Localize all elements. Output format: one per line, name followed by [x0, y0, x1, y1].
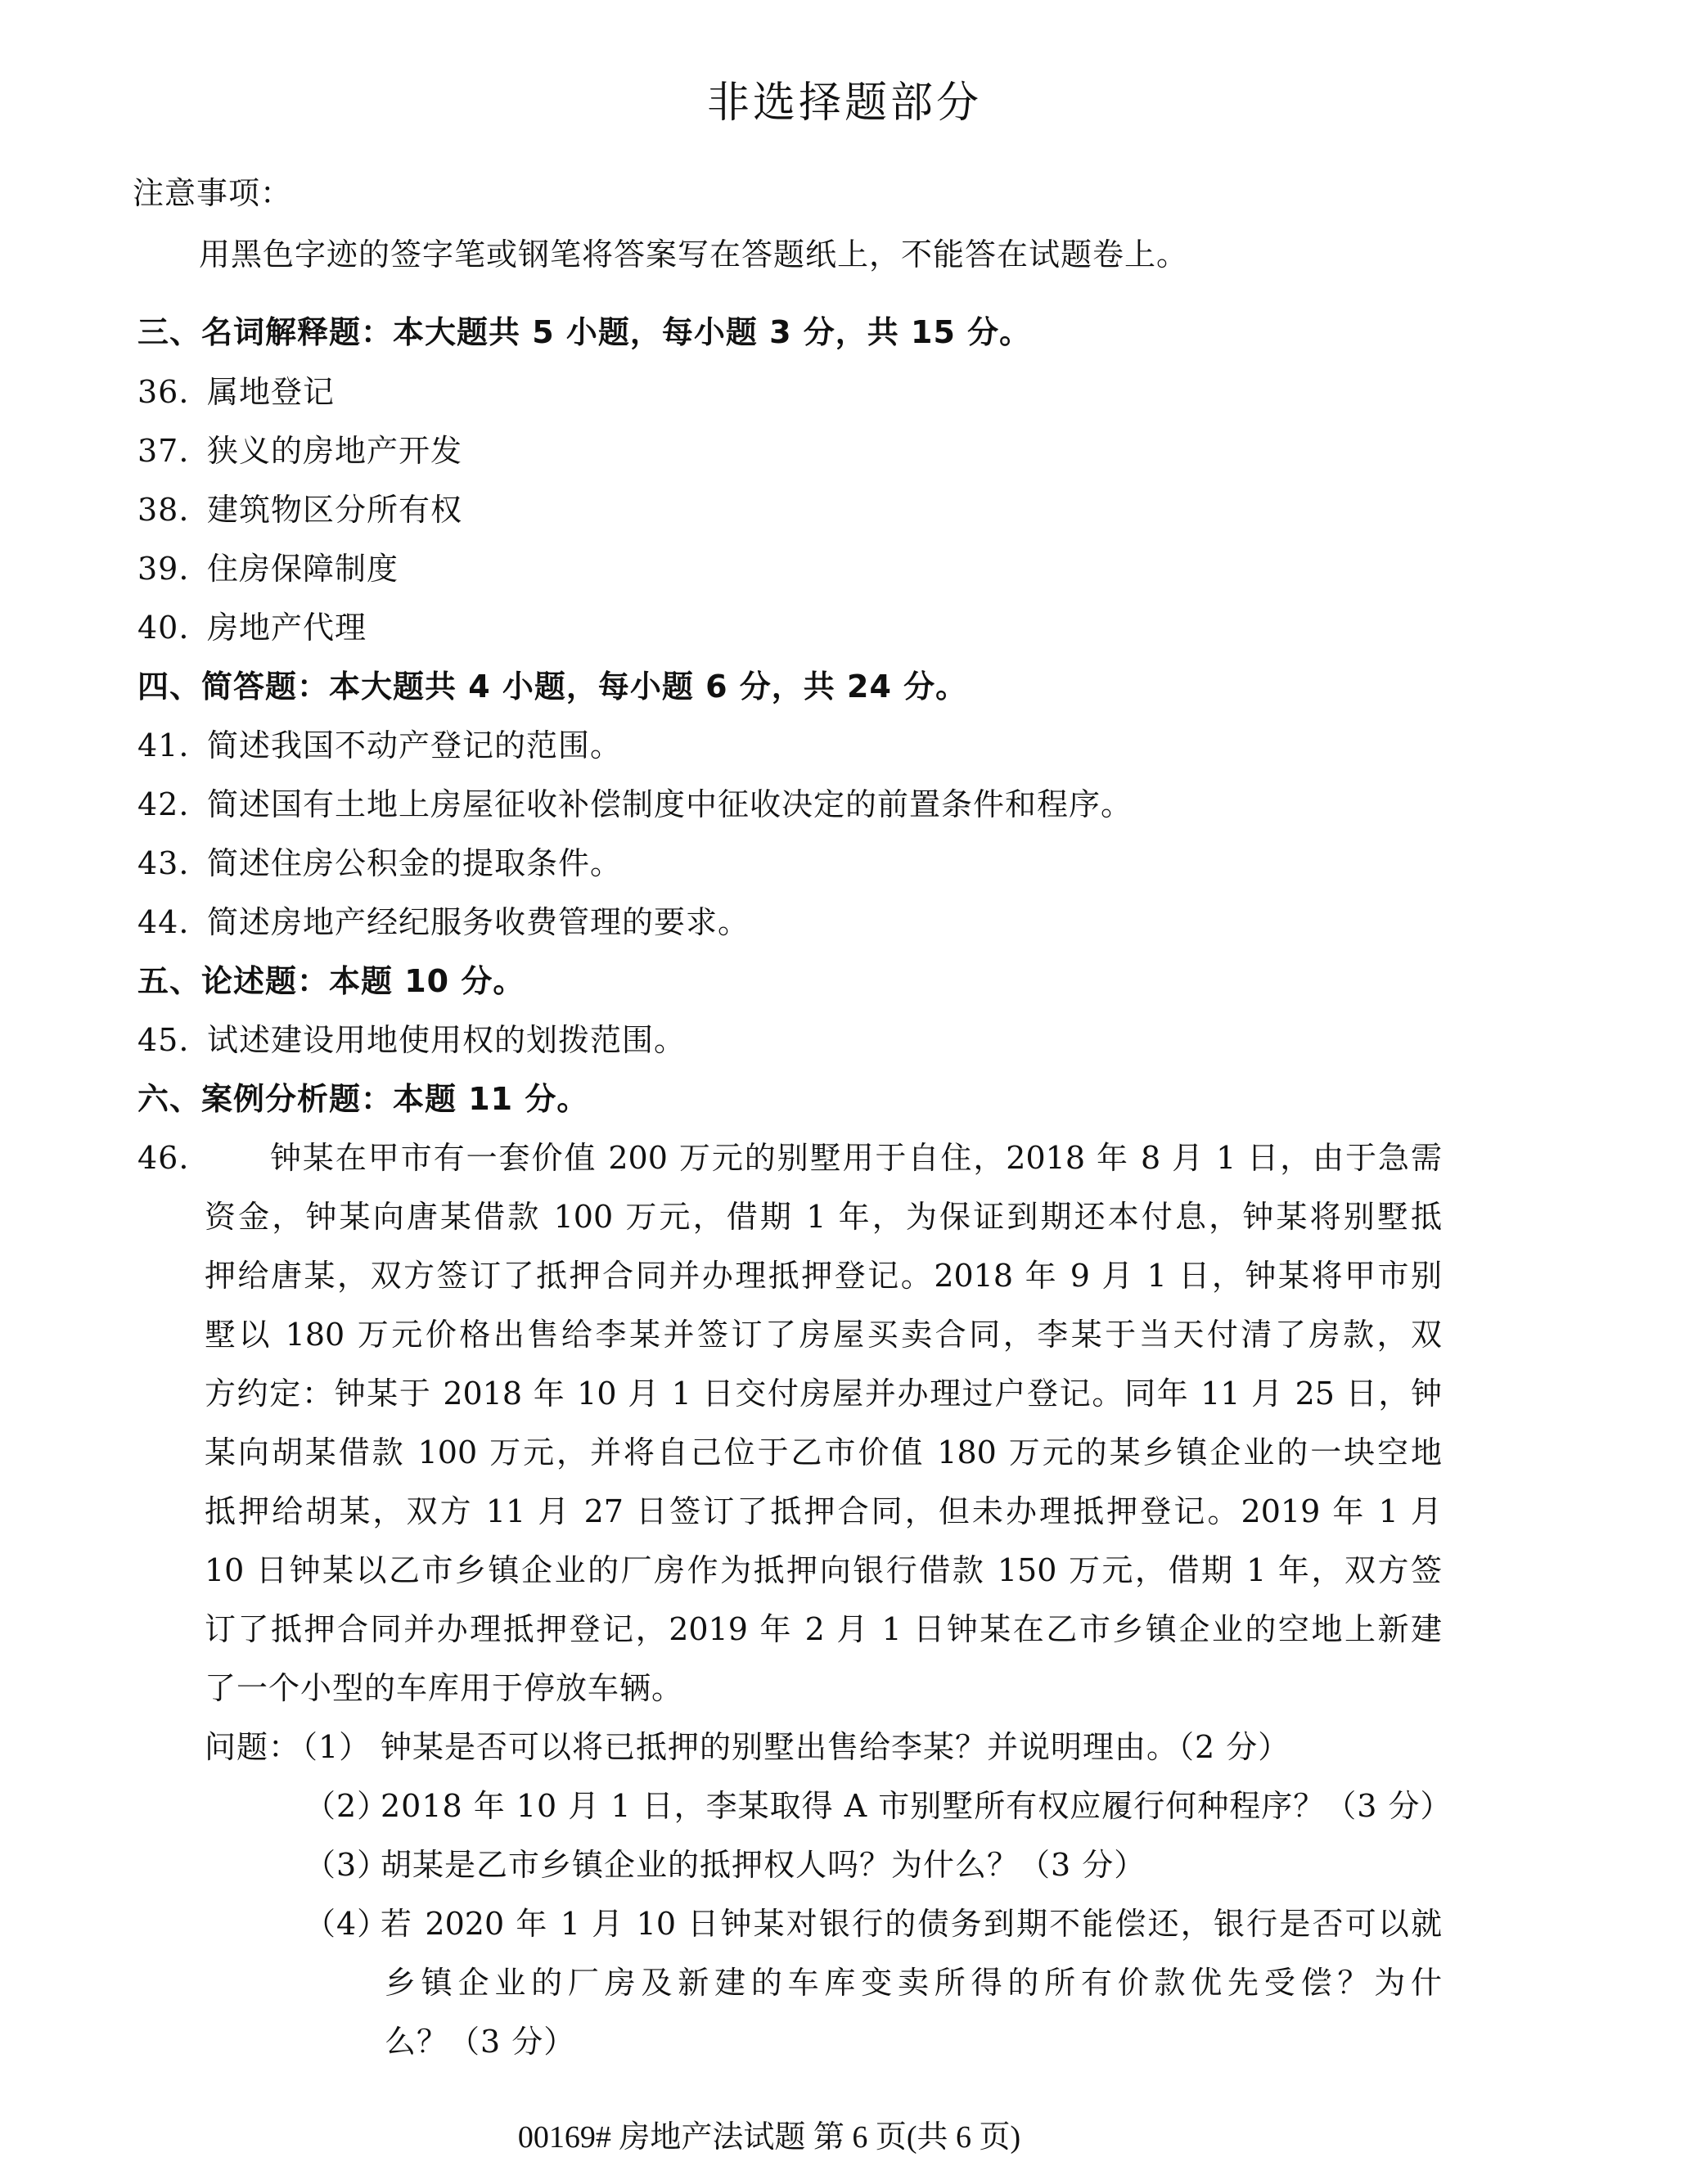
sub-question-text: 钟某是否可以将已抵押的别墅出售给李某？并说明理由。（2 分） [381, 1729, 1290, 1765]
question-text: 房地产代理 [207, 610, 367, 646]
sub-question-label: （3） [304, 1847, 389, 1883]
question-number: 39. [137, 551, 189, 587]
sub-question-text: 胡某是乙市乡镇企业的抵押权人吗？为什么？（3 分） [381, 1847, 1146, 1883]
question-number: 43. [137, 845, 189, 881]
section-heading-5: 五、论述题：本题 10 分。 [137, 963, 525, 999]
sub-question-text: 么？（3 分） [385, 2024, 575, 2060]
question-number: 41. [137, 727, 189, 763]
question-text: 简述我国不动产登记的范围。 [207, 727, 622, 763]
question-number: 38. [137, 492, 189, 528]
case-line: 抵押给胡某，双方 11 月 27 日签订了抵押合同，但未办理抵押登记。2019 … [205, 1493, 1442, 1529]
question-item: 36. [137, 374, 189, 410]
section-heading-4: 四、简答题：本大题共 4 小题，每小题 6 分，共 24 分。 [137, 669, 967, 705]
question-number: 36. [137, 374, 189, 410]
question-text: 住房保障制度 [207, 551, 399, 587]
case-line: 方约定：钟某于 2018 年 10 月 1 日交付房屋并办理过户登记。同年 11… [205, 1376, 1442, 1412]
question-number: 40. [137, 610, 189, 646]
case-line: 墅以 180 万元价格出售给李某并签订了房屋买卖合同，李某于当天付清了房款，双 [205, 1317, 1442, 1353]
sub-question-text: 2018 年 10 月 1 日，李某取得 A 市别墅所有权应履行何种程序？（3 … [381, 1788, 1453, 1824]
notice-text: 用黑色字迹的签字笔或钢笔将答案写在答题纸上，不能答在试题卷上。 [199, 236, 1188, 272]
question-number: 44. [137, 904, 189, 940]
sub-question-label: （1） [286, 1729, 371, 1765]
question-text: 建筑物区分所有权 [207, 492, 462, 528]
sub-question-text: 乡镇企业的厂房及新建的车库变卖所得的所有价款优先受偿？为什 [385, 1965, 1442, 2001]
question-text: 简述房地产经纪服务收费管理的要求。 [207, 904, 750, 940]
question-number: 46. [137, 1140, 189, 1176]
question-text: 狭义的房地产开发 [207, 433, 462, 469]
question-text: 属地登记 [207, 374, 335, 410]
page-footer: 00169# 房地产法试题 第 6 页(共 6 页) [0, 2119, 1538, 2155]
case-line: 钟某在甲市有一套价值 200 万元的别墅用于自住，2018 年 8 月 1 日，… [270, 1140, 1442, 1176]
question-number: 45. [137, 1022, 189, 1058]
question-number: 37. [137, 433, 189, 469]
section-heading-3: 三、名词解释题：本大题共 5 小题，每小题 3 分，共 15 分。 [137, 314, 1031, 350]
question-number: 42. [137, 786, 189, 822]
question-text: 试述建设用地使用权的划拨范围。 [207, 1022, 686, 1058]
sub-question-label: （2） [304, 1788, 389, 1824]
question-text: 简述住房公积金的提取条件。 [207, 845, 622, 881]
sub-question-text: 若 2020 年 1 月 10 日钟某对银行的债务到期不能偿还，银行是否可以就 [381, 1906, 1442, 1942]
case-line: 某向胡某借款 100 万元，并将自己位于乙市价值 180 万元的某乡镇企业的一块… [205, 1434, 1442, 1470]
case-line: 10 日钟某以乙市乡镇企业的厂房作为抵押向银行借款 150 万元，借期 1 年，… [205, 1552, 1442, 1588]
section-heading-6: 六、案例分析题：本题 11 分。 [137, 1081, 588, 1117]
case-line: 订了抵押合同并办理抵押登记，2019 年 2 月 1 日钟某在乙市乡镇企业的空地… [205, 1611, 1442, 1647]
sub-question-label: （4） [304, 1906, 389, 1942]
case-line: 押给唐某，双方签订了抵押合同并办理抵押登记。2018 年 9 月 1 日，钟某将… [205, 1258, 1442, 1294]
case-line: 了一个小型的车库用于停放车辆。 [205, 1670, 683, 1706]
notice-label: 注意事项： [133, 175, 292, 211]
question-text: 简述国有土地上房屋征收补偿制度中征收决定的前置条件和程序。 [207, 786, 1133, 822]
page-title: 非选择题部分 [0, 79, 1689, 128]
case-line: 资金，钟某向唐某借款 100 万元，借期 1 年，为保证到期还本付息，钟某将别墅… [205, 1199, 1442, 1235]
